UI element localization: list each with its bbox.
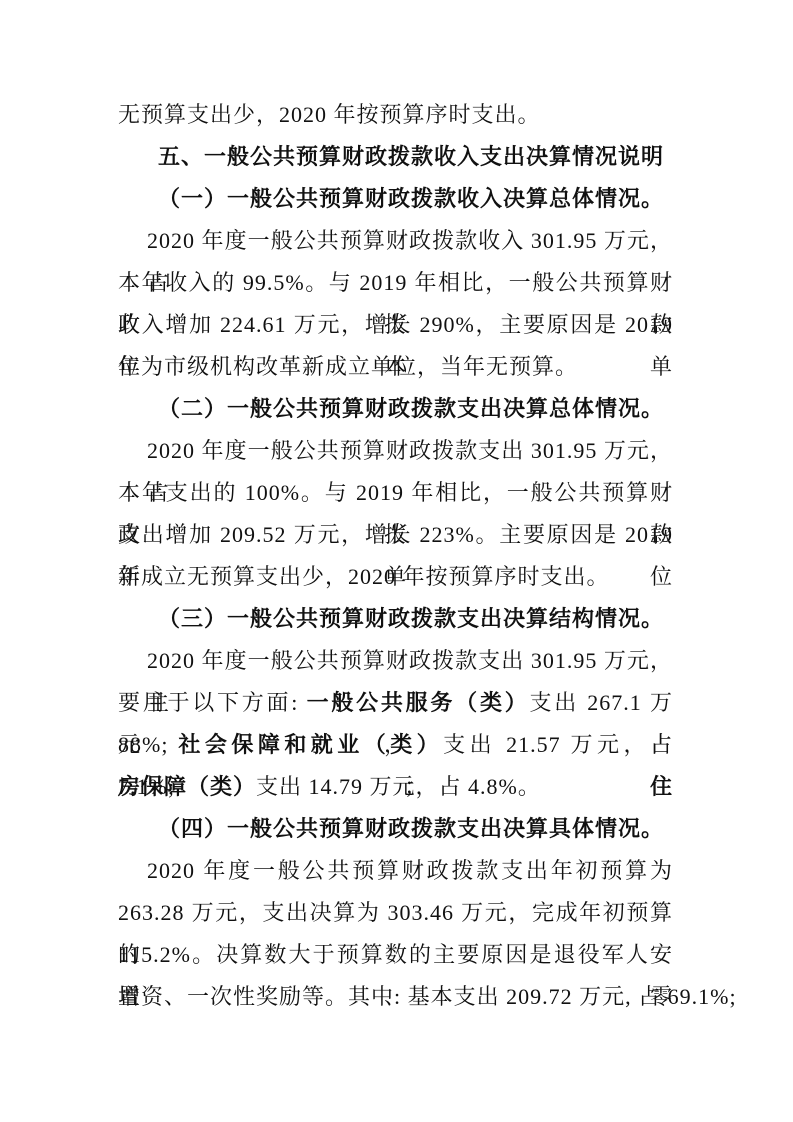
subsection-heading-1: （一）一般公共预算财政拨款收入决算总体情况。 (118, 178, 673, 220)
body-line: 本年支出的 100%。与 2019 年相比，一般公共预算财政拨款 (118, 472, 673, 514)
body-line-paragraph-end: 新成立无预算支出少，2020 年按预算序时支出。 (118, 556, 673, 598)
body-line: 115.2%。决算数大于预算数的主要原因是退役军人安置、零 (118, 934, 673, 976)
body-line: 2020 年度一般公共预算财政拨款支出 301.95 万元，占 (118, 430, 673, 472)
text-run: 88%; (118, 732, 178, 757)
document-page: 无预算支出少，2020 年按预算序时支出。 五、一般公共预算财政拨款收入支出决算… (0, 0, 793, 1122)
bold-category-run: 社会保障和就业（类） (178, 732, 443, 757)
body-line-mixed: 要用于以下方面: 一般公共服务（类）支出 267.1 万元，占 (118, 682, 673, 724)
body-line: 2020 年度一般公共预算财政拨款收入 301.95 万元，占 (118, 220, 673, 262)
subsection-heading-2: （二）一般公共预算财政拨款支出决算总体情况。 (118, 388, 673, 430)
subsection-heading-3: （三）一般公共预算财政拨款支出决算结构情况。 (118, 598, 673, 640)
body-line: 本年收入的 99.5%。与 2019 年相比，一般公共预算财政拨款 (118, 262, 673, 304)
section-heading-5: 五、一般公共预算财政拨款收入支出决算情况说明 (118, 136, 673, 178)
body-line-continuation: 无预算支出少，2020 年按预算序时支出。 (118, 94, 673, 136)
body-line: 支出增加 209.52 万元，增长 223%。主要原因是 2019 年单位 (118, 514, 673, 556)
body-line: 263.28 万元，支出决算为 303.46 万元，完成年初预算的 (118, 892, 673, 934)
body-line: 收入增加 224.61 万元，增长 290%，主要原因是 2019 年本单 (118, 304, 673, 346)
body-line-paragraph-end: 增资、一次性奖励等。其中: 基本支出 209.72 万元, 占 69.1%; (118, 976, 673, 1018)
bold-category-run: 一般公共服务（类） (307, 690, 530, 715)
page-content: 无预算支出少，2020 年按预算序时支出。 五、一般公共预算财政拨款收入支出决算… (118, 94, 673, 1018)
subsection-heading-4: （四）一般公共预算财政拨款支出决算具体情况。 (118, 808, 673, 850)
body-line-mixed: 88%; 社会保障和就业（类）支出 21.57 万元，占 7.1%; ；住 (118, 724, 673, 766)
text-run: 支出 14.79 万元，占 4.8%。 (256, 774, 541, 799)
bold-category-run: 房保障（类） (118, 774, 256, 799)
body-line: 2020 年度一般公共预算财政拨款支出 301.95 万元，主 (118, 640, 673, 682)
body-line: 2020 年度一般公共预算财政拨款支出年初预算为 (118, 850, 673, 892)
text-run: 要用于以下方面: (118, 690, 307, 715)
